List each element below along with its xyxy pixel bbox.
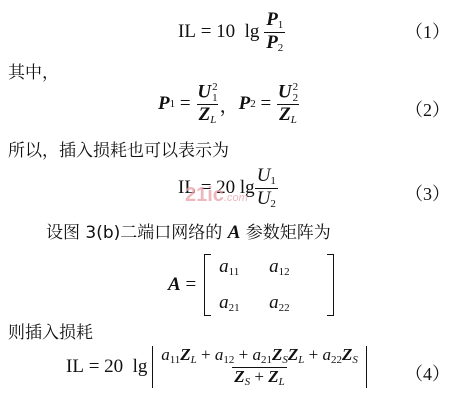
eq4-lhs: IL — [66, 356, 84, 378]
p3-pre: 设图 3(b)二端口网络的 — [46, 223, 228, 243]
matrix-cell-a22: a22 — [269, 292, 319, 314]
equation-1: IL = 10 lg P1 P2 — [178, 10, 285, 54]
eq2-p2-sub: 2 — [250, 98, 256, 110]
eq3-num-sub: 1 — [270, 175, 276, 187]
eq2-p1: P — [158, 93, 170, 115]
watermark-logo: 21ic — [185, 184, 224, 206]
eq1-lhs: IL — [178, 21, 196, 43]
eq4-fn: lg — [133, 356, 148, 378]
eq3-den: U — [257, 188, 271, 209]
right-bracket — [327, 254, 334, 316]
eq1-num-sub: 1 — [278, 19, 284, 31]
abs-value: a11ZL + a12 + a21ZSZL + a22ZS ZS + ZL — [152, 346, 367, 388]
eq2-z1: Z — [199, 104, 211, 125]
eq4-denominator: ZS + ZL — [232, 367, 287, 389]
watermark: 21ic.com — [185, 184, 248, 207]
eq4-numerator: a11ZL + a12 + a21ZSZL + a22ZS — [159, 346, 360, 367]
eq2-u2-sub: 2 — [293, 93, 299, 104]
eq1-num: P — [266, 9, 278, 30]
eq3-fraction: U1 U2 — [255, 166, 278, 210]
matrix-equation: A = a11 a12 a21 a22 — [168, 254, 334, 316]
watermark-domain: .com — [224, 192, 248, 204]
eq2-z1-sub: L — [210, 114, 216, 126]
paragraph-matrix-intro: 设图 3(b)二端口网络的 A 参数矩阵为 — [46, 218, 331, 244]
paragraph-suoyi: 所以，插入损耗也可以表示为 — [8, 136, 229, 161]
paragraph-qizhong: 其中， — [8, 58, 59, 83]
eq1-fn: lg — [245, 21, 260, 43]
eq2-z2: Z — [279, 104, 291, 125]
matrix-A: a11 a12 a21 a22 — [204, 254, 334, 316]
eq2-p1-sub: 1 — [170, 98, 176, 110]
eq3-den-sub: 2 — [270, 198, 276, 210]
equation-number-1: （1） — [405, 18, 450, 44]
matrix-lhs: A — [168, 274, 181, 296]
eq2-p2: P — [239, 93, 251, 115]
eq1-den-sub: 2 — [278, 42, 284, 54]
eq2-separator: ， — [220, 91, 239, 118]
eq3-num: U — [257, 165, 271, 186]
equation-number-3: （3） — [405, 180, 450, 206]
eq2-u2: U — [278, 81, 292, 102]
eq2-fraction-2: U22 ZL — [276, 82, 300, 127]
eq1-den: P — [266, 32, 278, 53]
eq4-fraction: a11ZL + a12 + a21ZSZL + a22ZS ZS + ZL — [159, 346, 360, 388]
eq2-fraction-1: U21 ZL — [195, 82, 219, 127]
eq4-coef: 20 — [104, 356, 123, 378]
equation-4: IL = 20 lg a11ZL + a12 + a21ZSZL + a22ZS… — [66, 346, 367, 388]
left-bracket — [204, 254, 211, 316]
eq1-fraction: P1 P2 — [264, 10, 285, 54]
matrix-cell-a21: a21 — [219, 292, 269, 314]
matrix-cell-a11: a11 — [219, 256, 269, 278]
p3-A: A — [228, 222, 241, 243]
eq2-u1-sub: 1 — [212, 93, 218, 104]
eq2-u1: U — [197, 81, 211, 102]
p3-post: 参数矩阵为 — [240, 223, 330, 243]
eq1-coef: 10 — [216, 21, 235, 43]
equation-number-4: （4） — [405, 360, 450, 386]
eq2-z2-sub: L — [291, 114, 297, 126]
matrix-cell-a12: a12 — [269, 256, 319, 278]
paragraph-insertion-loss: 则插入损耗 — [8, 318, 93, 343]
equation-2: P1 = U21 ZL ， P2 = U22 ZL — [158, 82, 300, 127]
equation-number-2: （2） — [405, 96, 450, 122]
